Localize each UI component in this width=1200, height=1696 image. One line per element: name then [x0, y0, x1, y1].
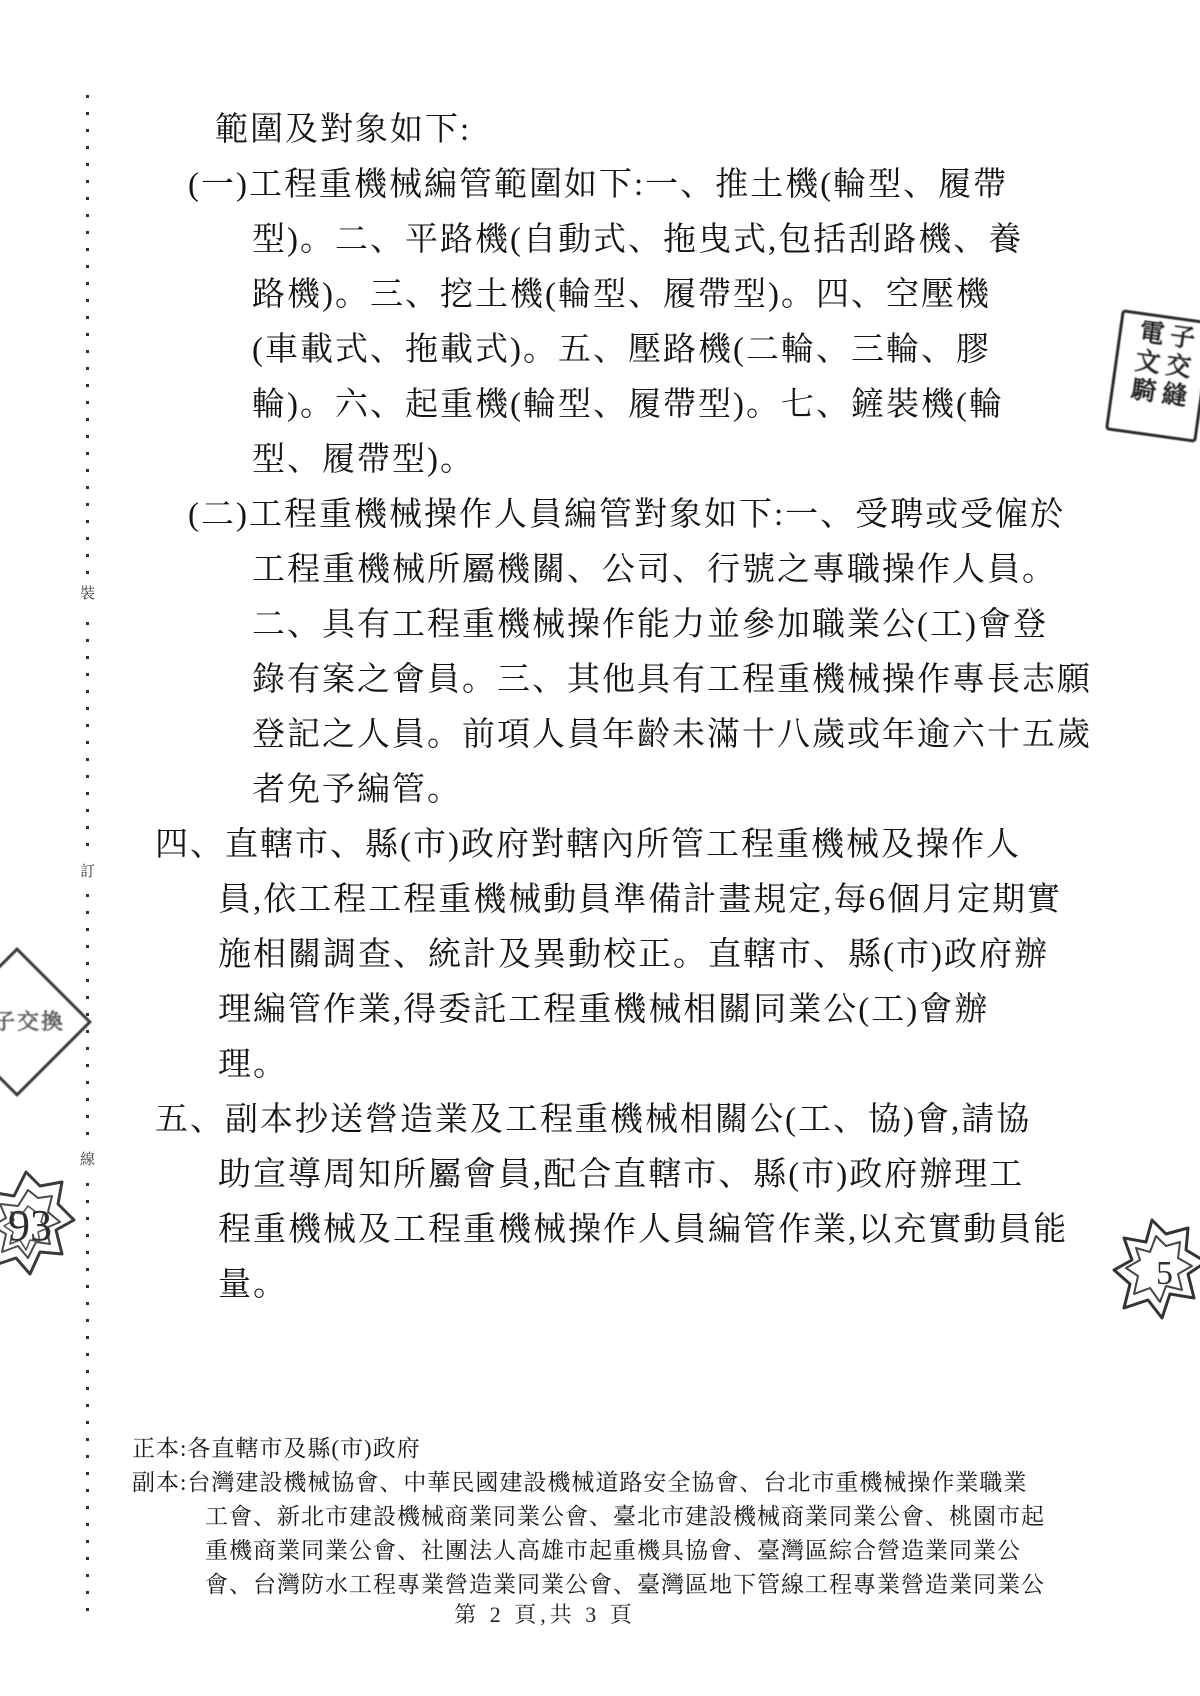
body-line: 施相關調查、統計及異動校正。直轄市、縣(市)政府辦 [218, 928, 1120, 983]
body-line: 理。 [218, 1038, 1120, 1093]
original-label: 正本: [132, 1436, 187, 1461]
copy-recipient-line: 工會、新北市建設機械商業同業公會、臺北市建設機械商業同業公會、桃園市起 [132, 1500, 1092, 1534]
body-line: 路機)。三、挖土機(輪型、履帶型)。四、空壓機 [252, 268, 1120, 323]
body-line: (車載式、拖載式)。五、壓路機(二輪、三輪、膠 [252, 323, 1120, 378]
copy-label: 副本: [132, 1470, 187, 1495]
body-line: 範圍及對象如下: [215, 103, 1120, 158]
document-page: 裝 訂 線 範圍及對象如下: (一)工程重機械編管範圍如下:一、推土機(輪型、履… [0, 0, 1200, 1696]
original-recipient-line: 正本:各直轄市及縣(市)政府 [132, 1432, 1092, 1466]
body-line: (一)工程重機械編管範圍如下:一、推土機(輪型、履帶 [188, 158, 1120, 213]
diamond-seal-text: 電子交換 [0, 972, 67, 1072]
body-line: 工程重機械所屬機關、公司、行號之專職操作人員。 [252, 543, 1120, 598]
copy-recipient-line: 重機商業同業公會、社團法人高雄市起重機具協會、臺灣區綜合營造業同業公 [132, 1534, 1092, 1568]
body-line: 錄有案之會員。三、其他具有工程重機械操作專長志願 [252, 653, 1120, 708]
left-page-number: 93 [8, 1201, 52, 1250]
right-page-number: 5 [1156, 1255, 1173, 1292]
body-line: 登記之人員。前項人員年齡未滿十八歲或年逾六十五歲 [252, 708, 1120, 763]
body-line: 二、具有工程重機械操作能力並參加職業公(工)會登 [252, 598, 1120, 653]
body-line: (二)工程重機械操作人員編管對象如下:一、受聘或受僱於 [188, 488, 1120, 543]
body-line: 理編管作業,得委託工程重機械相關同業公(工)會辦 [218, 983, 1120, 1038]
page-number-doodle-left: 93 [0, 1168, 78, 1288]
body-line: 量。 [218, 1258, 1120, 1313]
body-line: 員,依工程工程重機械動員準備計畫規定,每6個月定期實 [218, 873, 1120, 928]
page-number-doodle-right: 5 [1112, 1212, 1200, 1332]
body-line: 輪)。六、起重機(輪型、履帶型)。七、鏟裝機(輪 [252, 378, 1120, 433]
copy-recipient-line: 副本:台灣建設機械協會、中華民國建設機械道路安全協會、台北市重機械操作業職業 [132, 1466, 1092, 1500]
copy-recipient-line: 會、台灣防水工程專業營造業同業公會、臺灣區地下管線工程專業營造業同業公 [132, 1568, 1092, 1602]
copy-value: 台灣建設機械協會、中華民國建設機械道路安全協會、台北市重機械操作業職業 [187, 1470, 1027, 1495]
paging-seal-stamp: 電文騎 子交縫 [1105, 309, 1200, 443]
recipients-block: 正本:各直轄市及縣(市)政府 副本:台灣建設機械協會、中華民國建設機械道路安全協… [132, 1432, 1092, 1602]
body-line: 五、副本抄送營造業及工程重機械相關公(工、協)會,請協 [155, 1093, 1120, 1148]
body-line: 四、直轄市、縣(市)政府對轄內所管工程重機械及操作人 [155, 818, 1120, 873]
body-line: 型)。二、平路機(自動式、拖曳式,包括刮路機、養 [252, 213, 1120, 268]
document-body: 範圍及對象如下: (一)工程重機械編管範圍如下:一、推土機(輪型、履帶 型)。二… [0, 103, 1120, 1313]
body-line: 助宣導周知所屬會員,配合直轄市、縣(市)政府辦理工 [218, 1148, 1120, 1203]
page-number-footer: 第 2 頁,共 3 頁 [0, 1598, 1090, 1629]
body-line: 者免予編管。 [252, 763, 1120, 818]
body-line: 程重機械及工程重機械操作人員編管作業,以充實動員能 [218, 1203, 1120, 1258]
body-line: 型、履帶型)。 [252, 433, 1120, 488]
original-value: 各直轄市及縣(市)政府 [187, 1436, 420, 1461]
